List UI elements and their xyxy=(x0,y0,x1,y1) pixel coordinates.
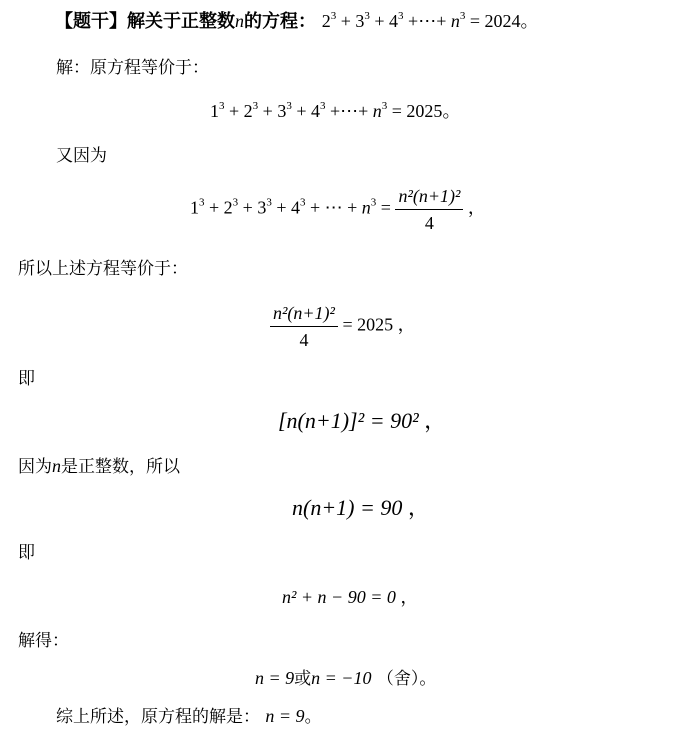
equation-1: 13 + 23 + 33 + 43 +⋯+ n3 = 2025。 xyxy=(210,100,460,122)
since-text: 因为n是正整数，所以 xyxy=(18,455,180,478)
because-text: 又因为 xyxy=(56,145,107,167)
problem-label: 【题干】 xyxy=(55,11,127,32)
solved-text: 解得： xyxy=(18,630,69,652)
problem-text2: 的方程： xyxy=(244,11,316,32)
fraction: n²(n+1)² 4 xyxy=(270,300,338,353)
conclusion: 综上所述，原方程的解是： n = 9。 xyxy=(56,705,322,728)
problem-statement: 【题干】解关于正整数n的方程： 23 + 33 + 43 +⋯+ n3 = 20… xyxy=(55,10,539,33)
solution-intro: 解：原方程等价于： xyxy=(56,57,209,79)
fraction: n²(n+1)² 4 xyxy=(395,183,463,236)
therefore-text: 所以上述方程等价于： xyxy=(18,258,188,280)
equation-7: n = 9或n = −10 （舍）。 xyxy=(255,667,436,690)
ie-text-1: 即 xyxy=(18,368,35,390)
problem-var: n xyxy=(235,11,244,31)
ie-text-2: 即 xyxy=(18,542,35,564)
problem-text: 解关于正整数 xyxy=(127,11,235,32)
equation-6: n² + n − 90 = 0 ， xyxy=(282,586,418,608)
equation-4: [n(n+1)]² = 90² ， xyxy=(278,410,446,432)
equation-3: n²(n+1)² 4 = 2025 ， xyxy=(270,300,416,353)
problem-equation: 23 + 33 + 43 +⋯+ n3 = 2024。 xyxy=(322,11,539,31)
equation-5: n(n+1) = 90 ， xyxy=(292,497,430,519)
equation-2: 13 + 23 + 33 + 43 + ⋯ + n3 = n²(n+1)² 4 … xyxy=(190,183,486,236)
